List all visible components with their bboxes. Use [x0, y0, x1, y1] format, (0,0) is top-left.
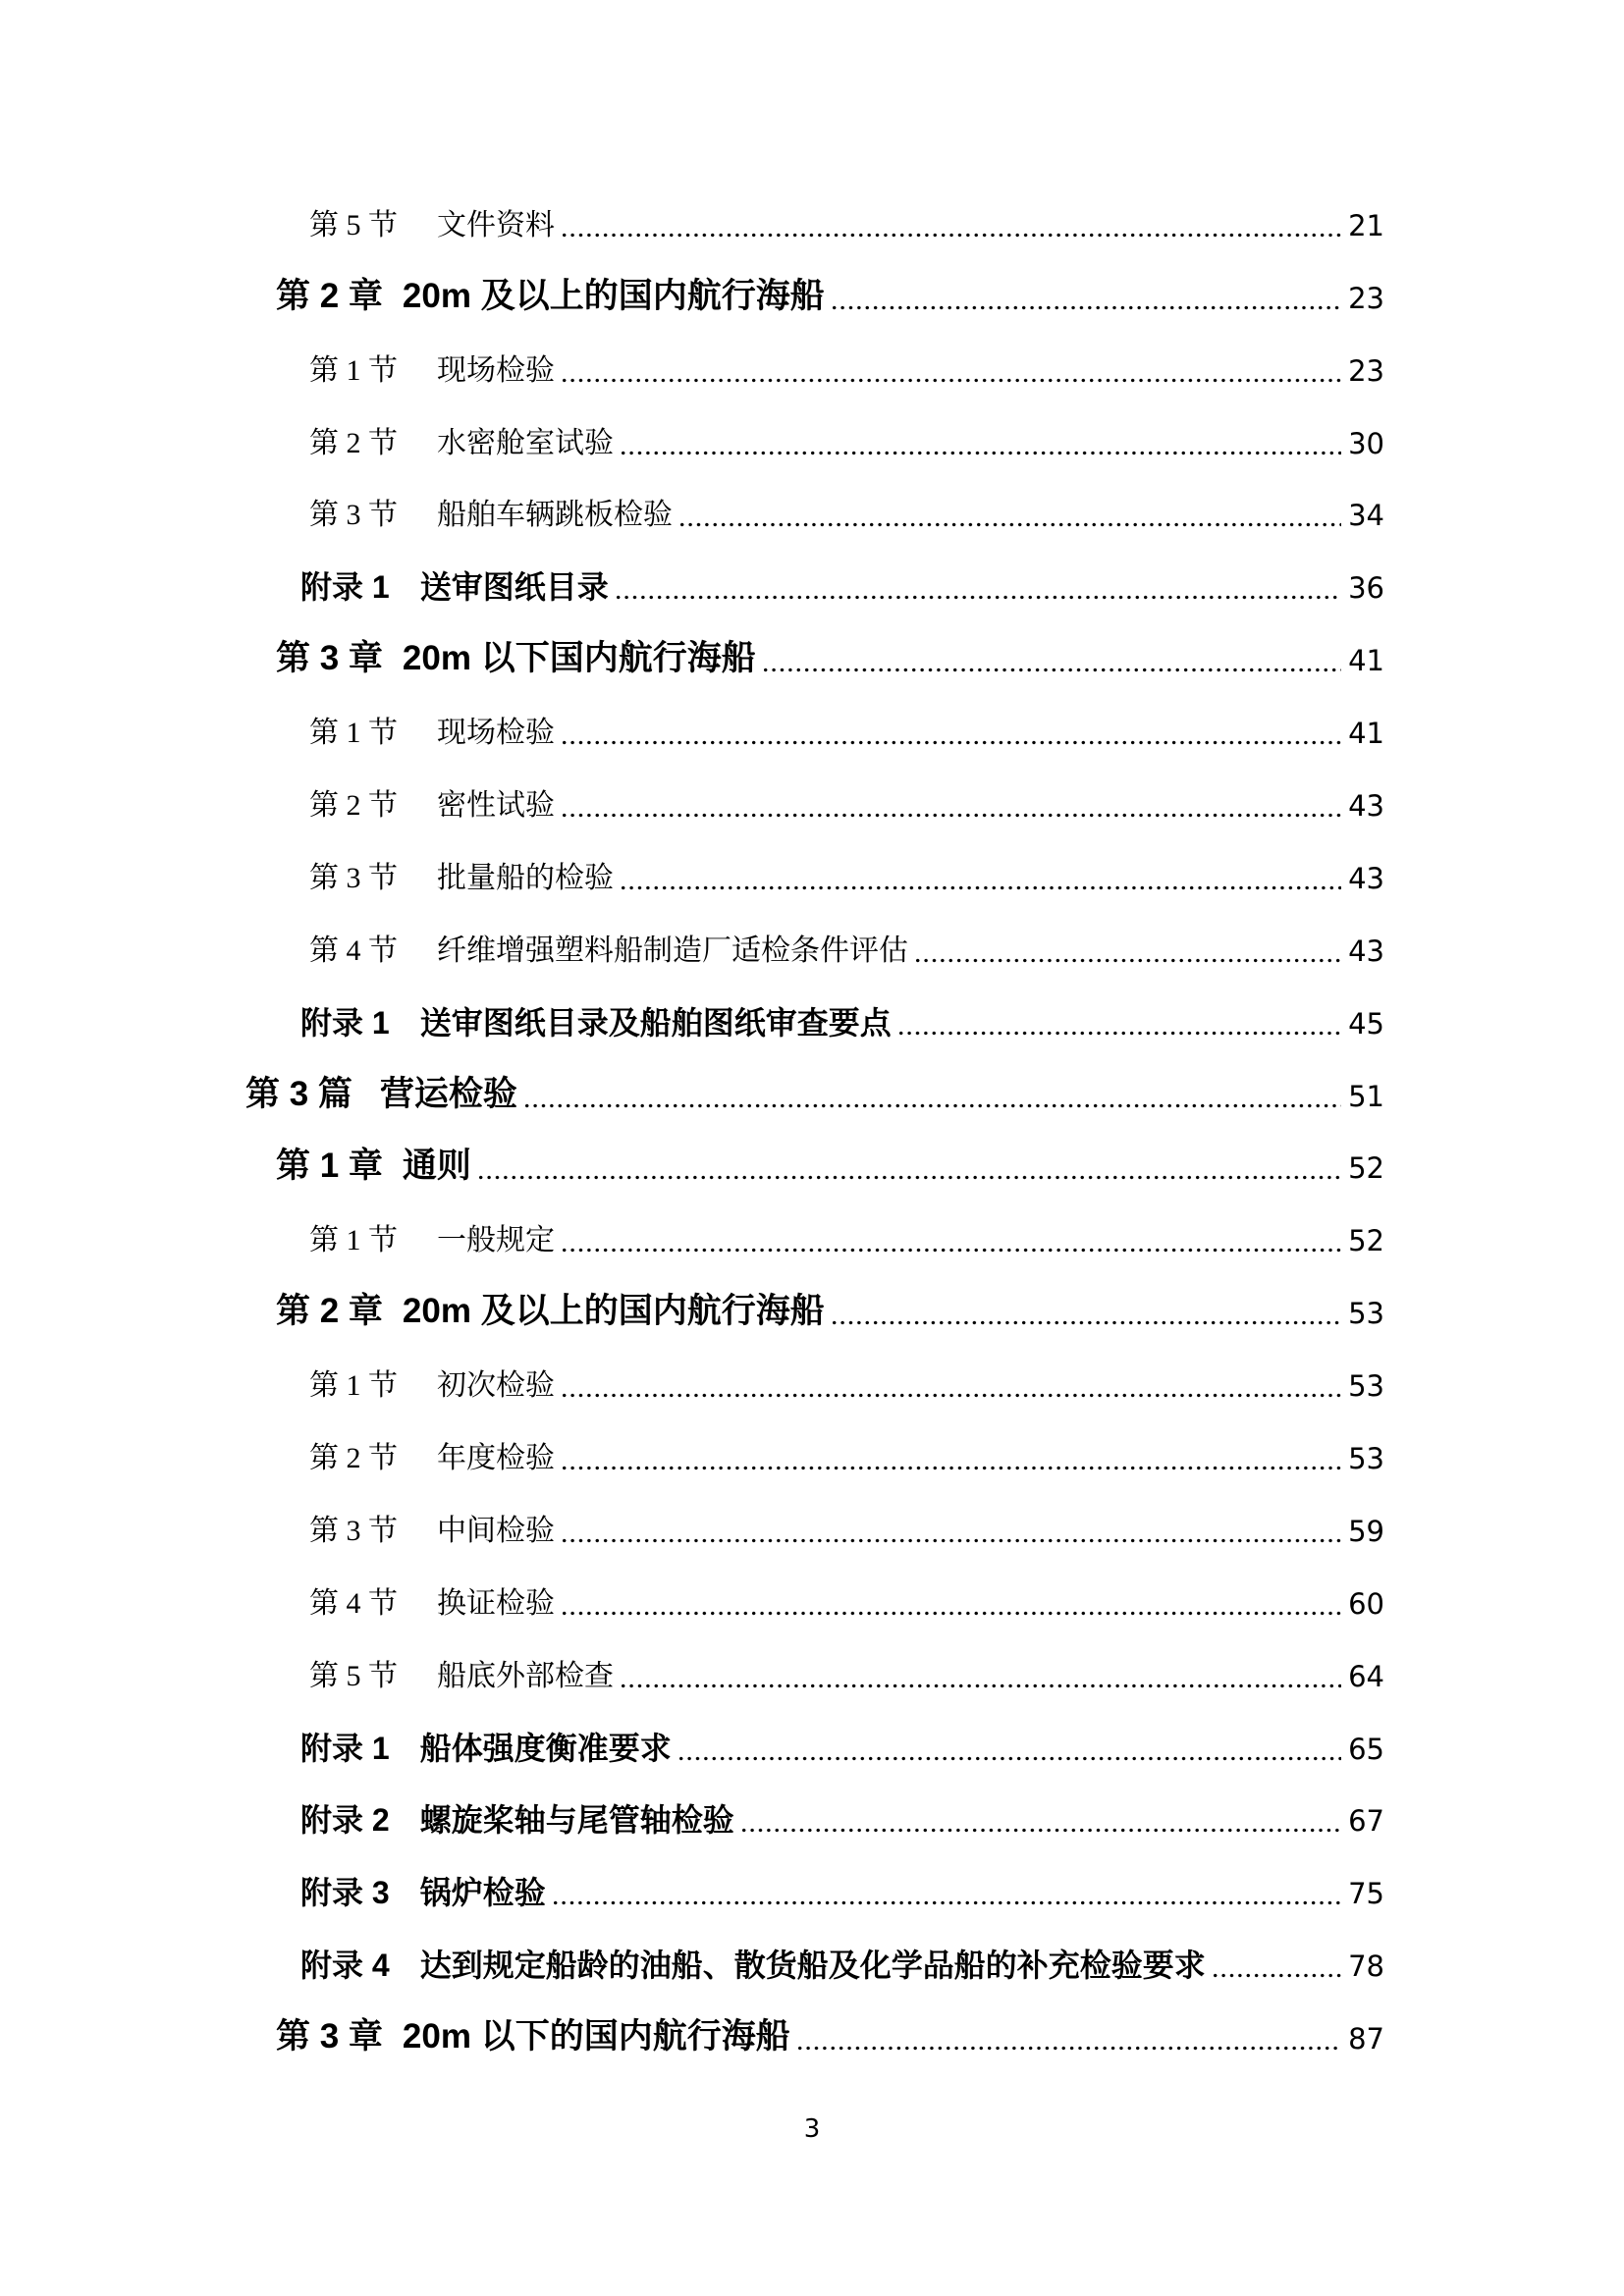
toc-entry-label: 第 3 节	[309, 501, 398, 530]
toc-leader-dots	[742, 1828, 1341, 1833]
toc-leader-dots	[833, 305, 1341, 310]
toc-entry-title: 螺旋桨轴与尾管轴检验	[420, 1804, 734, 1836]
toc-leader-dots	[563, 1393, 1341, 1398]
toc-entry-title: 送审图纸目录	[420, 571, 609, 603]
toc-leader-dots	[617, 595, 1341, 600]
toc-leader-dots	[622, 1683, 1341, 1688]
toc-entry-label: 附录 1	[300, 571, 390, 603]
toc-list: 第 5 节 文件资料 21 第 2 章 20m 及以上的国内航行海船 23 第 …	[0, 180, 1624, 2065]
toc-entry-page-number: 87	[1348, 2025, 1384, 2054]
toc-entry[interactable]: 第 2 章 20m 及以上的国内航行海船 53	[0, 1267, 1624, 1340]
toc-leader-dots	[563, 1466, 1341, 1470]
toc-entry-title: 船底外部检查	[437, 1662, 614, 1691]
toc-entry-title: 纤维增强塑料船制造厂适检条件评估	[437, 936, 908, 966]
toc-entry-title: 20m 以下的国内航行海船	[403, 2019, 790, 2054]
toc-entry-page-number: 23	[1348, 357, 1384, 386]
toc-entry-page-number: 59	[1348, 1518, 1384, 1546]
toc-leader-dots	[680, 522, 1341, 527]
toc-entry-page-number: 53	[1348, 1445, 1384, 1473]
toc-entry-label: 第 2 章	[276, 279, 383, 313]
toc-entry[interactable]: 附录 1 送审图纸目录及船舶图纸审查要点 45	[0, 978, 1624, 1050]
toc-leader-dots	[1214, 1973, 1341, 1978]
toc-entry-label: 第 2 节	[309, 1444, 398, 1473]
toc-leader-dots	[899, 1031, 1341, 1036]
toc-entry[interactable]: 第 2 节 水密舱室试验 30	[0, 398, 1624, 470]
toc-entry-label: 第 2 节	[309, 791, 398, 821]
toc-entry-page-number: 75	[1348, 1880, 1384, 1908]
toc-leader-dots	[916, 958, 1341, 963]
toc-entry-title: 营运检验	[380, 1077, 517, 1111]
toc-entry-title: 中间检验	[437, 1517, 555, 1546]
toc-entry-label: 第 4 节	[309, 936, 398, 966]
toc-entry-page-number: 36	[1348, 574, 1384, 603]
toc-entry-title: 批量船的检验	[437, 864, 614, 893]
toc-entry-page-number: 23	[1348, 285, 1384, 313]
toc-entry-title: 一般规定	[437, 1226, 555, 1255]
toc-entry[interactable]: 第 2 节 年度检验 53	[0, 1413, 1624, 1485]
toc-entry-page-number: 43	[1348, 792, 1384, 821]
toc-entry-page-number: 52	[1348, 1154, 1384, 1183]
toc-entry[interactable]: 附录 4 达到规定船龄的油船、散货船及化学品船的补充检验要求 78	[0, 1920, 1624, 1993]
toc-entry-title: 水密舱室试验	[437, 429, 614, 458]
toc-leader-dots	[563, 1611, 1341, 1616]
toc-entry-page-number: 51	[1348, 1083, 1384, 1111]
toc-entry[interactable]: 第 1 节 初次检验 53	[0, 1340, 1624, 1413]
toc-leader-dots	[479, 1175, 1341, 1180]
toc-entry-page-number: 53	[1348, 1300, 1384, 1328]
toc-leader-dots	[563, 813, 1341, 818]
toc-entry-title: 送审图纸目录及船舶图纸审查要点	[420, 1007, 892, 1039]
toc-leader-dots	[525, 1103, 1341, 1108]
toc-entry-label: 第 3 章	[276, 2019, 383, 2054]
toc-entry-label: 第 2 章	[276, 1294, 383, 1328]
toc-entry-label: 附录 3	[300, 1877, 390, 1908]
toc-entry-label: 附录 1	[300, 1733, 390, 1764]
toc-entry-page-number: 52	[1348, 1227, 1384, 1255]
toc-entry-label: 第 2 节	[309, 429, 398, 458]
toc-leader-dots	[798, 2046, 1341, 2051]
toc-entry-title: 年度检验	[437, 1444, 555, 1473]
toc-entry[interactable]: 附录 3 锅炉检验 75	[0, 1847, 1624, 1920]
toc-entry-page-number: 45	[1348, 1010, 1384, 1039]
toc-entry[interactable]: 第 3 节 中间检验 59	[0, 1485, 1624, 1558]
toc-entry-label: 第 1 节	[309, 719, 398, 748]
toc-entry-label: 第 1 节	[309, 1226, 398, 1255]
toc-entry-title: 船体强度衡准要求	[420, 1733, 672, 1764]
toc-entry-label: 第 1 章	[276, 1148, 383, 1183]
toc-entry-page-number: 53	[1348, 1372, 1384, 1401]
toc-leader-dots	[563, 1248, 1341, 1253]
toc-entry-title: 船舶车辆跳板检验	[437, 501, 673, 530]
toc-entry-label: 附录 2	[300, 1804, 390, 1836]
toc-leader-dots	[622, 451, 1341, 455]
toc-entry-label: 第 3 节	[309, 864, 398, 893]
toc-entry-label: 附录 1	[300, 1007, 390, 1039]
toc-entry[interactable]: 第 3 篇 营运检验 51	[0, 1050, 1624, 1123]
toc-entry-title: 20m 以下国内航行海船	[403, 641, 756, 675]
toc-entry-page-number: 64	[1348, 1663, 1384, 1691]
toc-entry-label: 第 5 节	[309, 1662, 398, 1691]
toc-entry-page-number: 78	[1348, 1952, 1384, 1981]
toc-entry-title: 锅炉检验	[420, 1877, 546, 1908]
toc-leader-dots	[833, 1320, 1341, 1325]
toc-entry[interactable]: 第 3 章 20m 以下的国内航行海船 87	[0, 1993, 1624, 2065]
toc-leader-dots	[563, 740, 1341, 745]
toc-entry-page-number: 34	[1348, 502, 1384, 530]
toc-entry-page-number: 21	[1348, 212, 1384, 240]
toc-entry[interactable]: 附录 1 送审图纸目录 36	[0, 542, 1624, 614]
toc-entry[interactable]: 第 3 节 船舶车辆跳板检验 34	[0, 470, 1624, 543]
toc-entry[interactable]: 第 1 节 一般规定 52	[0, 1195, 1624, 1267]
toc-entry[interactable]: 第 1 节 现场检验 23	[0, 325, 1624, 398]
toc-leader-dots	[764, 667, 1341, 672]
toc-entry-page-number: 43	[1348, 937, 1384, 966]
toc-entry[interactable]: 第 4 节 纤维增强塑料船制造厂适检条件评估 43	[0, 905, 1624, 978]
toc-entry[interactable]: 附录 2 螺旋桨轴与尾管轴检验 67	[0, 1776, 1624, 1848]
document-page: 第 5 节 文件资料 21 第 2 章 20m 及以上的国内航行海船 23 第 …	[0, 0, 1624, 2296]
toc-leader-dots	[554, 1900, 1341, 1905]
toc-entry-page-number: 67	[1348, 1807, 1384, 1836]
toc-entry[interactable]: 第 3 节 批量船的检验 43	[0, 832, 1624, 905]
toc-entry-page-number: 43	[1348, 865, 1384, 893]
toc-entry[interactable]: 第 2 章 20m 及以上的国内航行海船 23	[0, 252, 1624, 325]
toc-entry-label: 第 1 节	[309, 1371, 398, 1401]
toc-entry-page-number: 60	[1348, 1590, 1384, 1619]
toc-entry-label: 第 3 章	[276, 641, 383, 675]
toc-entry-title: 20m 及以上的国内航行海船	[403, 1294, 825, 1328]
toc-entry-title: 换证检验	[437, 1589, 555, 1619]
toc-entry-title: 20m 及以上的国内航行海船	[403, 279, 825, 313]
toc-leader-dots	[563, 378, 1341, 383]
toc-entry-label: 第 5 节	[309, 211, 398, 240]
toc-entry[interactable]: 第 2 节 密性试验 43	[0, 760, 1624, 832]
toc-entry-page-number: 41	[1348, 647, 1384, 675]
toc-entry[interactable]: 第 4 节 换证检验 60	[0, 1558, 1624, 1630]
toc-entry-label: 第 3 篇	[245, 1077, 352, 1111]
toc-entry-label: 附录 4	[300, 1949, 390, 1981]
toc-leader-dots	[563, 233, 1341, 238]
toc-entry-title: 密性试验	[437, 791, 555, 821]
toc-entry-title: 通则	[403, 1148, 471, 1183]
toc-entry-label: 第 3 节	[309, 1517, 398, 1546]
toc-entry-title: 初次检验	[437, 1371, 555, 1401]
toc-entry[interactable]: 第 5 节 船底外部检查 64	[0, 1630, 1624, 1703]
toc-leader-dots	[679, 1756, 1341, 1761]
toc-entry[interactable]: 第 1 章 通则 52	[0, 1123, 1624, 1196]
page-footer: 3	[0, 2116, 1624, 2142]
toc-entry[interactable]: 第 3 章 20m 以下国内航行海船 41	[0, 614, 1624, 687]
toc-leader-dots	[563, 1538, 1341, 1543]
toc-entry-page-number: 65	[1348, 1735, 1384, 1764]
toc-entry-title: 现场检验	[437, 356, 555, 386]
toc-entry-label: 第 4 节	[309, 1589, 398, 1619]
toc-leader-dots	[622, 885, 1341, 890]
toc-entry-page-number: 41	[1348, 720, 1384, 748]
toc-entry-title: 达到规定船龄的油船、散货船及化学品船的补充检验要求	[420, 1949, 1206, 1981]
toc-entry[interactable]: 附录 1 船体强度衡准要求 65	[0, 1703, 1624, 1776]
toc-entry-label: 第 1 节	[309, 356, 398, 386]
toc-entry[interactable]: 第 5 节 文件资料 21	[0, 180, 1624, 252]
toc-entry-title: 文件资料	[437, 211, 555, 240]
footer-page-number: 3	[804, 2114, 821, 2144]
toc-entry-page-number: 30	[1348, 430, 1384, 458]
toc-entry-title: 现场检验	[437, 719, 555, 748]
toc-entry[interactable]: 第 1 节 现场检验 41	[0, 687, 1624, 760]
